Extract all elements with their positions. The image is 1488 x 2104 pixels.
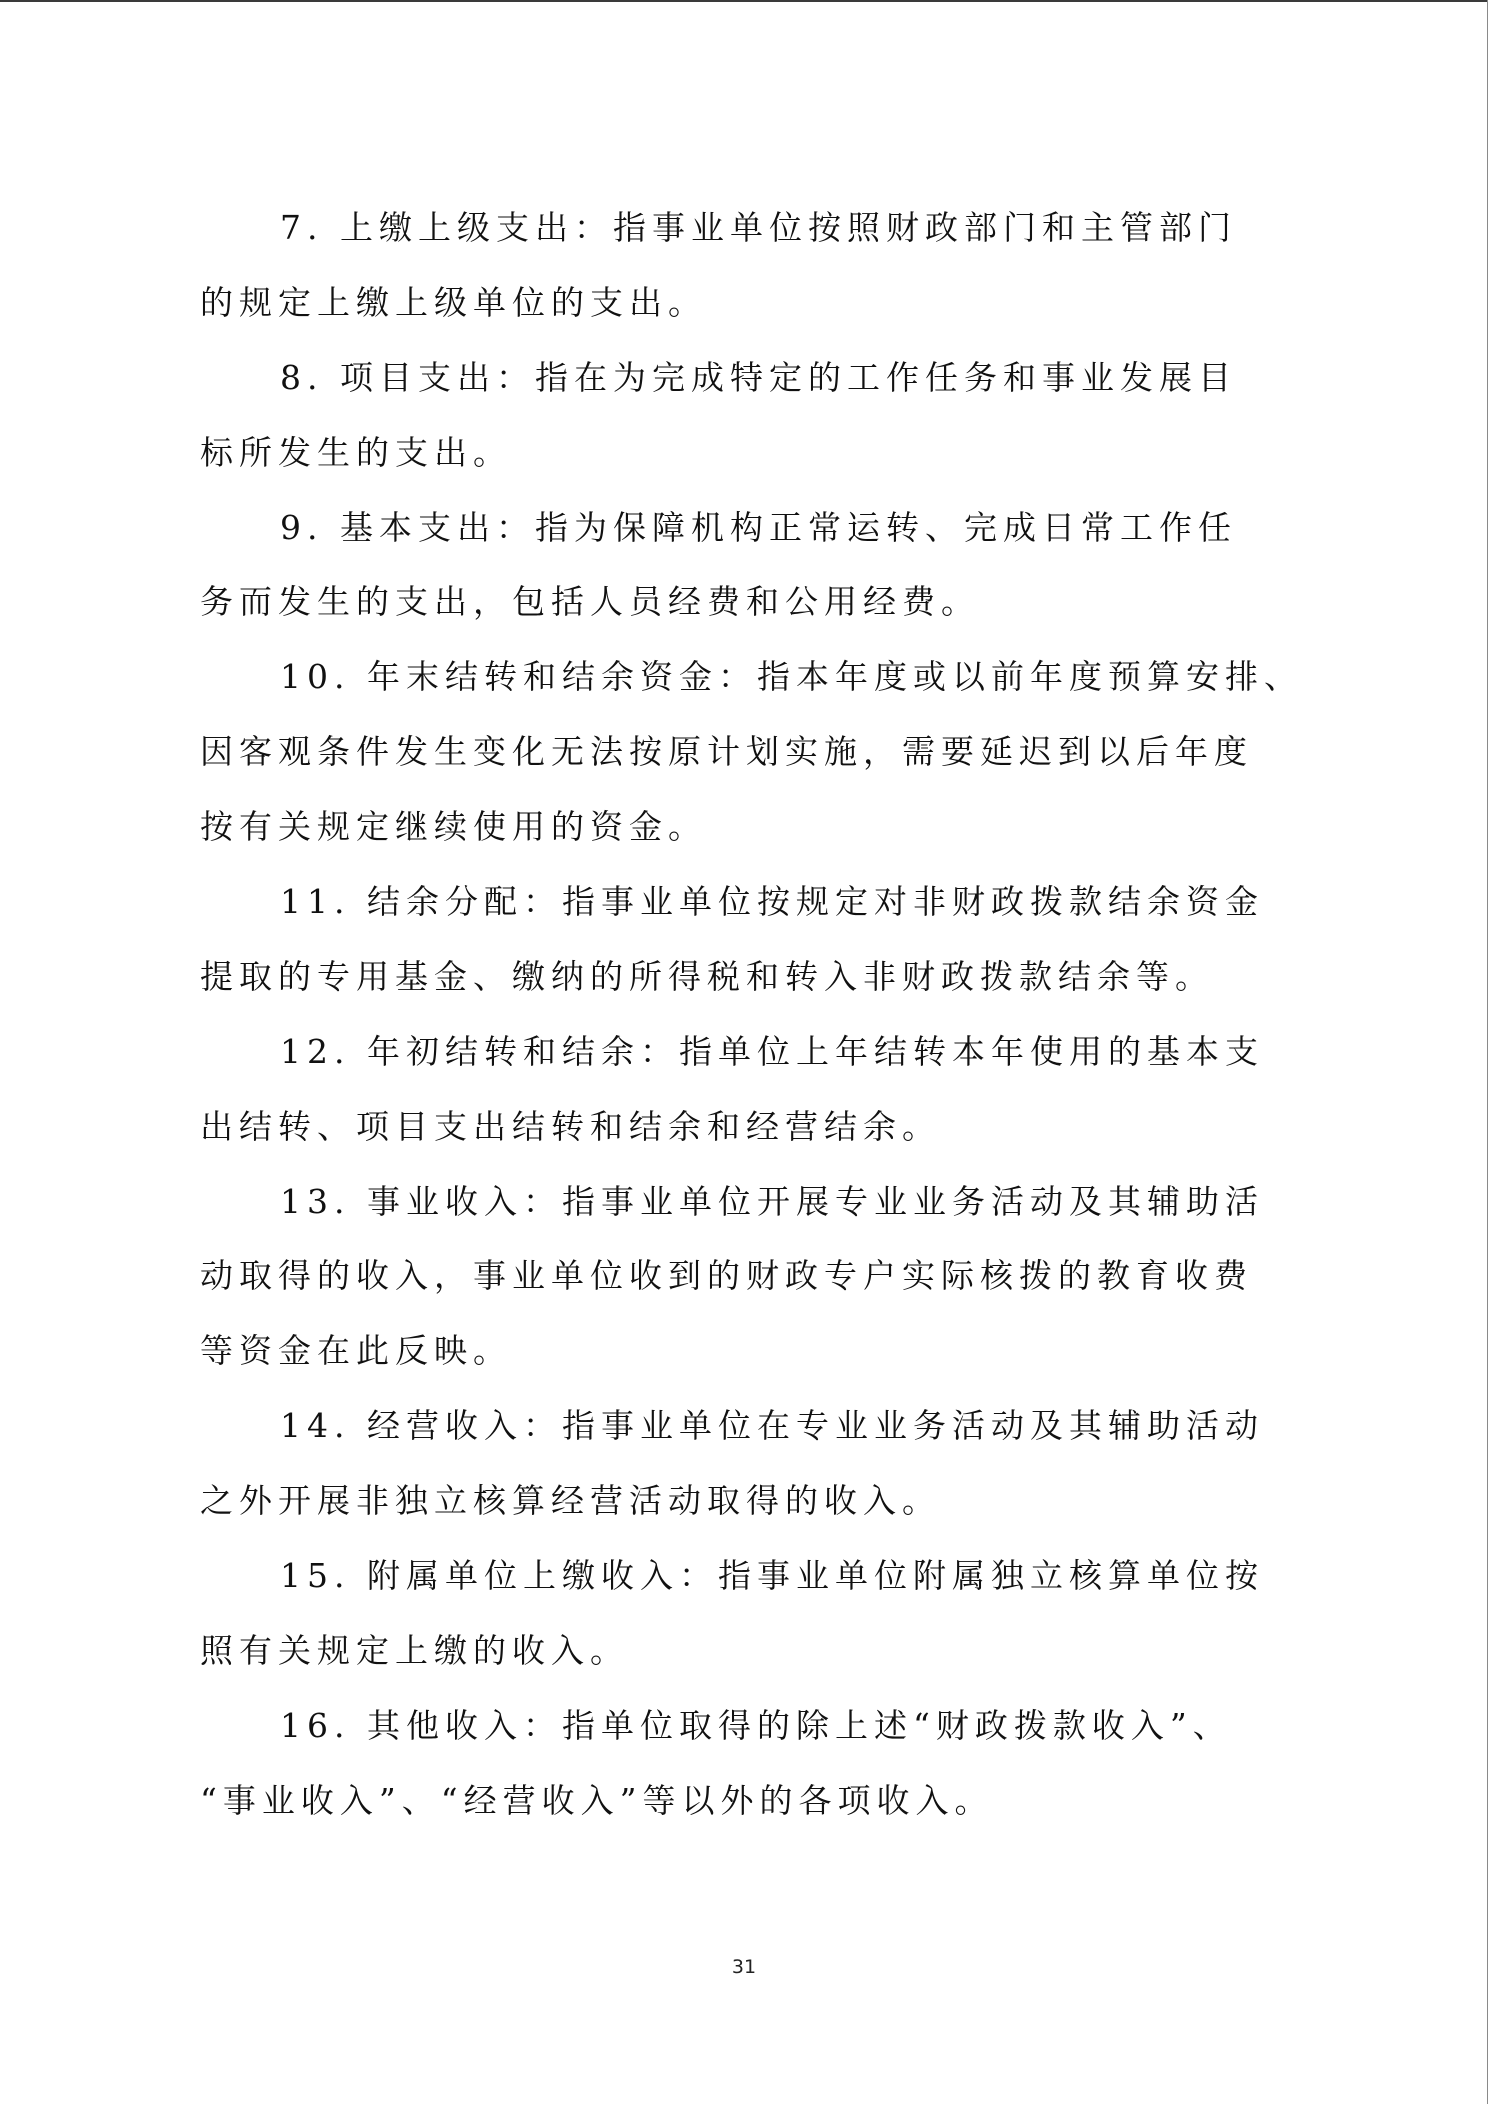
- document-page: 7. 上缴上级支出：指事业单位按照财政部门和主管部门 的规定上缴上级单位的支出。…: [0, 0, 1488, 2104]
- paragraph-12-line-2: 出结转、项目支出结转和结余和经营结余。: [200, 1090, 1290, 1165]
- body-text: 7. 上缴上级支出：指事业单位按照财政部门和主管部门 的规定上缴上级单位的支出。…: [200, 191, 1290, 1839]
- paragraph-10-line-2: 因客观条件发生变化无法按原计划实施，需要延迟到以后年度: [200, 715, 1290, 790]
- paragraph-8-line-1: 8. 项目支出：指在为完成特定的工作任务和事业发展目: [200, 341, 1290, 416]
- paragraph-11-line-1: 11. 结余分配：指事业单位按规定对非财政拨款结余资金: [200, 865, 1290, 940]
- paragraph-15-line-2: 照有关规定上缴的收入。: [200, 1614, 1290, 1689]
- paragraph-15-line-1: 15. 附属单位上缴收入：指事业单位附属独立核算单位按: [200, 1539, 1290, 1614]
- page-top-border: [0, 0, 1488, 2]
- paragraph-16-line-1: 16. 其他收入：指单位取得的除上述“财政拨款收入”、: [200, 1689, 1290, 1764]
- paragraph-11-line-2: 提取的专用基金、缴纳的所得税和转入非财政拨款结余等。: [200, 940, 1290, 1015]
- paragraph-9-line-2: 务而发生的支出，包括人员经费和公用经费。: [200, 565, 1290, 640]
- page-number: 31: [0, 1956, 1488, 1978]
- paragraph-7-line-2: 的规定上缴上级单位的支出。: [200, 266, 1290, 341]
- paragraph-10-line-3: 按有关规定继续使用的资金。: [200, 790, 1290, 865]
- paragraph-13-line-3: 等资金在此反映。: [200, 1314, 1290, 1389]
- paragraph-7-line-1: 7. 上缴上级支出：指事业单位按照财政部门和主管部门: [200, 191, 1290, 266]
- paragraph-10-line-1: 10. 年末结转和结余资金：指本年度或以前年度预算安排、: [200, 640, 1290, 715]
- paragraph-13-line-1: 13. 事业收入：指事业单位开展专业业务活动及其辅助活: [200, 1165, 1290, 1240]
- paragraph-12-line-1: 12. 年初结转和结余：指单位上年结转本年使用的基本支: [200, 1015, 1290, 1090]
- paragraph-9-line-1: 9. 基本支出：指为保障机构正常运转、完成日常工作任: [200, 491, 1290, 566]
- paragraph-13-line-2: 动取得的收入，事业单位收到的财政专户实际核拨的教育收费: [200, 1239, 1290, 1314]
- paragraph-8-line-2: 标所发生的支出。: [200, 416, 1290, 491]
- paragraph-16-line-2: “事业收入”、“经营收入”等以外的各项收入。: [200, 1764, 1290, 1839]
- paragraph-14-line-2: 之外开展非独立核算经营活动取得的收入。: [200, 1464, 1290, 1539]
- paragraph-14-line-1: 14. 经营收入：指事业单位在专业业务活动及其辅助活动: [200, 1389, 1290, 1464]
